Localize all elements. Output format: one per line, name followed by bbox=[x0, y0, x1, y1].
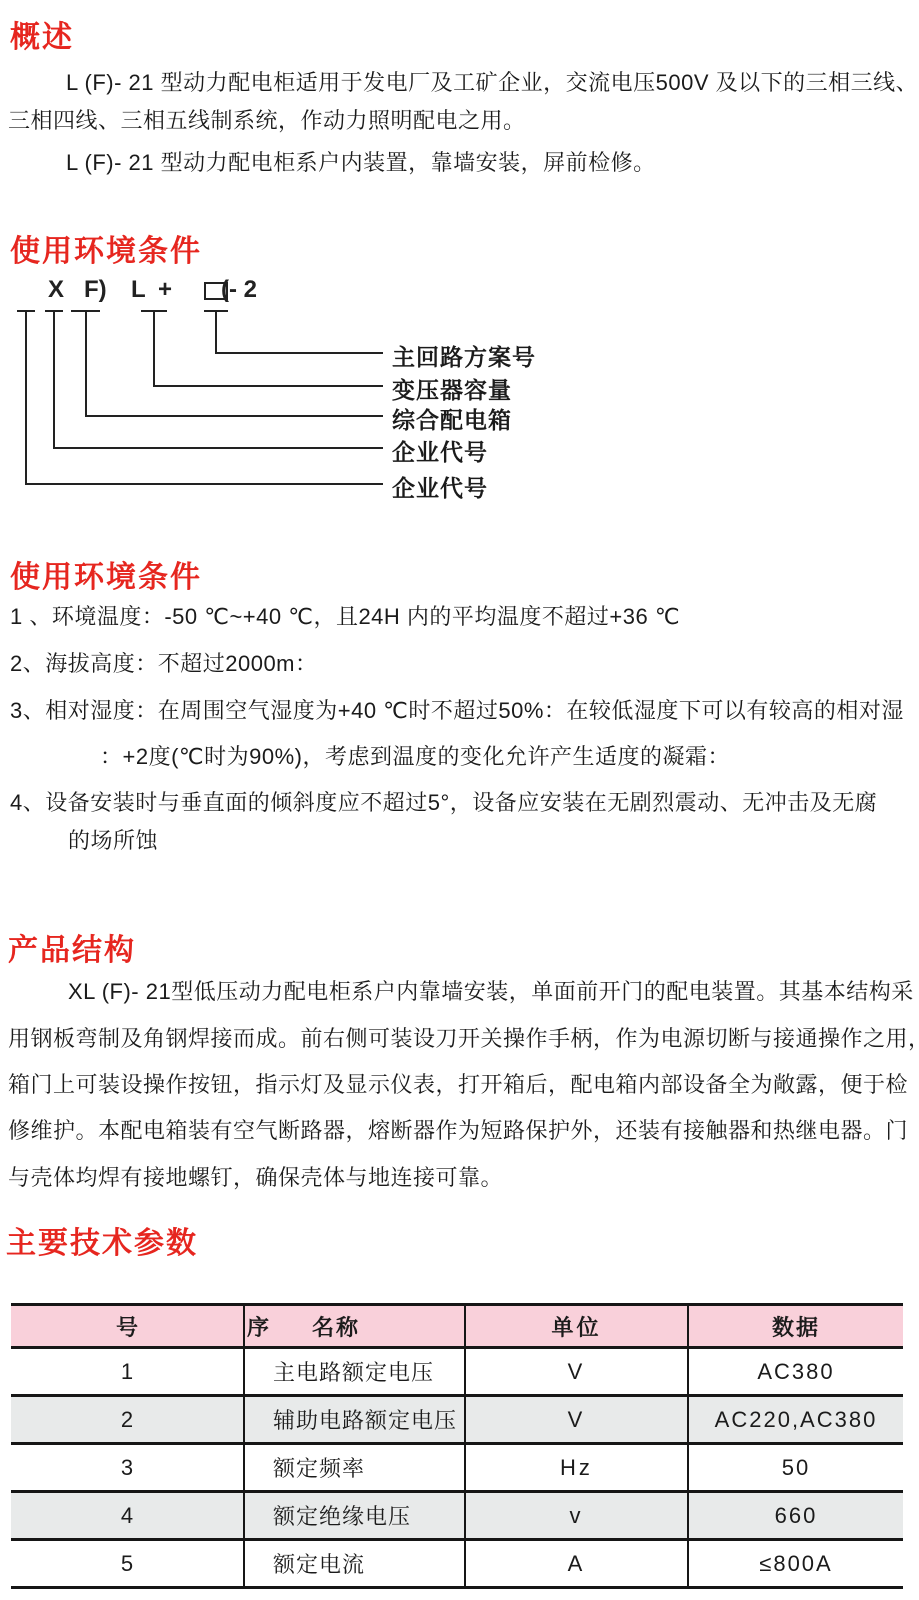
section-heading-environment: 使用环境条件 bbox=[10, 552, 202, 596]
diagram-vertical-line bbox=[85, 310, 87, 417]
diagram-leader-line bbox=[153, 385, 383, 387]
table-header-serial: 号 bbox=[11, 1306, 243, 1346]
table-header-serial-overlap: 序 bbox=[247, 1311, 270, 1342]
table-header-unit: 单位 bbox=[464, 1306, 687, 1346]
table-row: 3 额定频率 Hz 50 bbox=[11, 1445, 903, 1493]
structure-paragraph-line-2: 用钢板弯制及角钢焊接而成。前右侧可装设刀开关操作手柄，作为电源切断与接通操作之用… bbox=[8, 1022, 919, 1053]
row-data: ≤800A bbox=[687, 1541, 903, 1586]
environment-item-3-continued: ：+2度(℃时为90%)，考虑到温度的变化允许产生适度的凝霜： bbox=[100, 740, 730, 771]
row-serial: 3 bbox=[11, 1445, 243, 1490]
table-row: 5 额定电流 A ≤800A bbox=[11, 1541, 903, 1586]
table-header-name-label: 名称 bbox=[312, 1311, 360, 1342]
row-unit: V bbox=[464, 1397, 687, 1442]
model-code-part-l: L bbox=[131, 276, 146, 304]
model-code-part-2: (- 2 bbox=[221, 276, 257, 304]
diagram-label-enterprise-code: 企业代号 bbox=[392, 470, 488, 503]
model-code-part-f: F) bbox=[84, 276, 107, 304]
row-name: 主电路额定电压 bbox=[243, 1349, 464, 1394]
diagram-label-main-circuit-scheme: 主回路方案号 bbox=[392, 339, 536, 372]
environment-item-1: 1 、环境温度：-50 ℃~+40 ℃，且24H 内的平均温度不超过+36 ℃ bbox=[10, 600, 680, 631]
model-code-part-plus: + bbox=[158, 276, 172, 304]
section-heading-overview: 概述 bbox=[10, 12, 74, 56]
table-row: 4 额定绝缘电压 v 660 bbox=[11, 1493, 903, 1541]
diagram-leader-line bbox=[53, 447, 383, 449]
environment-item-4: 4、设备安装时与垂直面的倾斜度应不超过5°，设备应安装在无剧烈震动、无冲击及无腐 bbox=[10, 786, 877, 817]
structure-paragraph-line-3: 箱门上可装设操作按钮，指示灯及显示仪表，打开箱后，配电箱内部设备全为敞露，便于检 bbox=[8, 1068, 908, 1099]
environment-item-3: 3、相对湿度：在周围空气湿度为+40 ℃时不超过50%：在较低湿度下可以有较高的… bbox=[10, 694, 904, 725]
diagram-leader-line bbox=[25, 483, 383, 485]
diagram-vertical-line bbox=[153, 310, 155, 387]
row-name: 额定频率 bbox=[243, 1445, 464, 1490]
section-heading-product-structure: 产品结构 bbox=[8, 925, 136, 969]
diagram-vertical-line bbox=[215, 310, 217, 354]
section-heading-model-designation: 使用环境条件 bbox=[10, 226, 202, 270]
row-name: 额定绝缘电压 bbox=[243, 1493, 464, 1538]
row-serial: 4 bbox=[11, 1493, 243, 1538]
diagram-leader-line bbox=[85, 415, 383, 417]
table-header-row: 号 序 名称 单位 数据 bbox=[11, 1306, 903, 1349]
model-code-part-x: X bbox=[48, 276, 64, 304]
structure-paragraph-line-5: 与壳体均焊有接地螺钉，确保壳体与地连接可靠。 bbox=[8, 1161, 503, 1192]
row-data: AC380 bbox=[687, 1349, 903, 1394]
diagram-label-combined-distribution-box: 综合配电箱 bbox=[392, 402, 512, 435]
section-heading-technical-parameters: 主要技术参数 bbox=[6, 1218, 198, 1262]
diagram-label-transformer-capacity: 变压器容量 bbox=[392, 372, 512, 405]
table-header-data: 数据 bbox=[687, 1306, 903, 1346]
overview-paragraph-line-2: 三相四线、三相五线制系统，作动力照明配电之用。 bbox=[8, 104, 526, 135]
scanned-spec-document: { "colors": { "heading_red": "#e6261f", … bbox=[0, 0, 919, 1600]
table-row: 2 辅助电路额定电压 V AC220,AC380 bbox=[11, 1397, 903, 1445]
row-unit: V bbox=[464, 1349, 687, 1394]
structure-paragraph-line-4: 修维护。本配电箱装有空气断路器，熔断器作为短路保护外，还装有接触器和热继电器。门 bbox=[8, 1114, 908, 1145]
overview-paragraph-line-1: L (F)- 21 型动力配电柜适用于发电厂及工矿企业，交流电压500V 及以下… bbox=[66, 66, 918, 97]
structure-paragraph-line-1: XL (F)- 21型低压动力配电柜系户内靠墙安装，单面前开门的配电装置。其基本… bbox=[68, 975, 914, 1006]
environment-item-2: 2、海拔高度：不超过2000m： bbox=[10, 647, 318, 678]
table-row: 1 主电路额定电压 V AC380 bbox=[11, 1349, 903, 1397]
model-designation-diagram: 主回路方案号 变压器容量 综合配电箱 企业代号 企业代号 bbox=[0, 305, 919, 505]
row-serial: 2 bbox=[11, 1397, 243, 1442]
diagram-vertical-line bbox=[53, 310, 55, 449]
table-header-name: 序 名称 bbox=[243, 1306, 464, 1346]
environment-item-4-continued: 的场所蚀 bbox=[68, 824, 158, 855]
diagram-leader-line bbox=[215, 352, 383, 354]
diagram-vertical-line bbox=[25, 310, 27, 485]
row-name: 辅助电路额定电压 bbox=[243, 1397, 464, 1442]
row-unit: v bbox=[464, 1493, 687, 1538]
diagram-label-enterprise-code: 企业代号 bbox=[392, 434, 488, 467]
row-unit: A bbox=[464, 1541, 687, 1586]
row-serial: 5 bbox=[11, 1541, 243, 1586]
overview-paragraph-line-3: L (F)- 21 型动力配电柜系户内装置，靠墙安装，屏前检修。 bbox=[66, 146, 656, 177]
technical-parameters-table: 号 序 名称 单位 数据 1 主电路额定电压 V AC380 2 辅助电路额定电… bbox=[11, 1303, 903, 1589]
row-data: 660 bbox=[687, 1493, 903, 1538]
row-serial: 1 bbox=[11, 1349, 243, 1394]
row-unit: Hz bbox=[464, 1445, 687, 1490]
row-name: 额定电流 bbox=[243, 1541, 464, 1586]
row-data: 50 bbox=[687, 1445, 903, 1490]
row-data: AC220,AC380 bbox=[687, 1397, 903, 1442]
